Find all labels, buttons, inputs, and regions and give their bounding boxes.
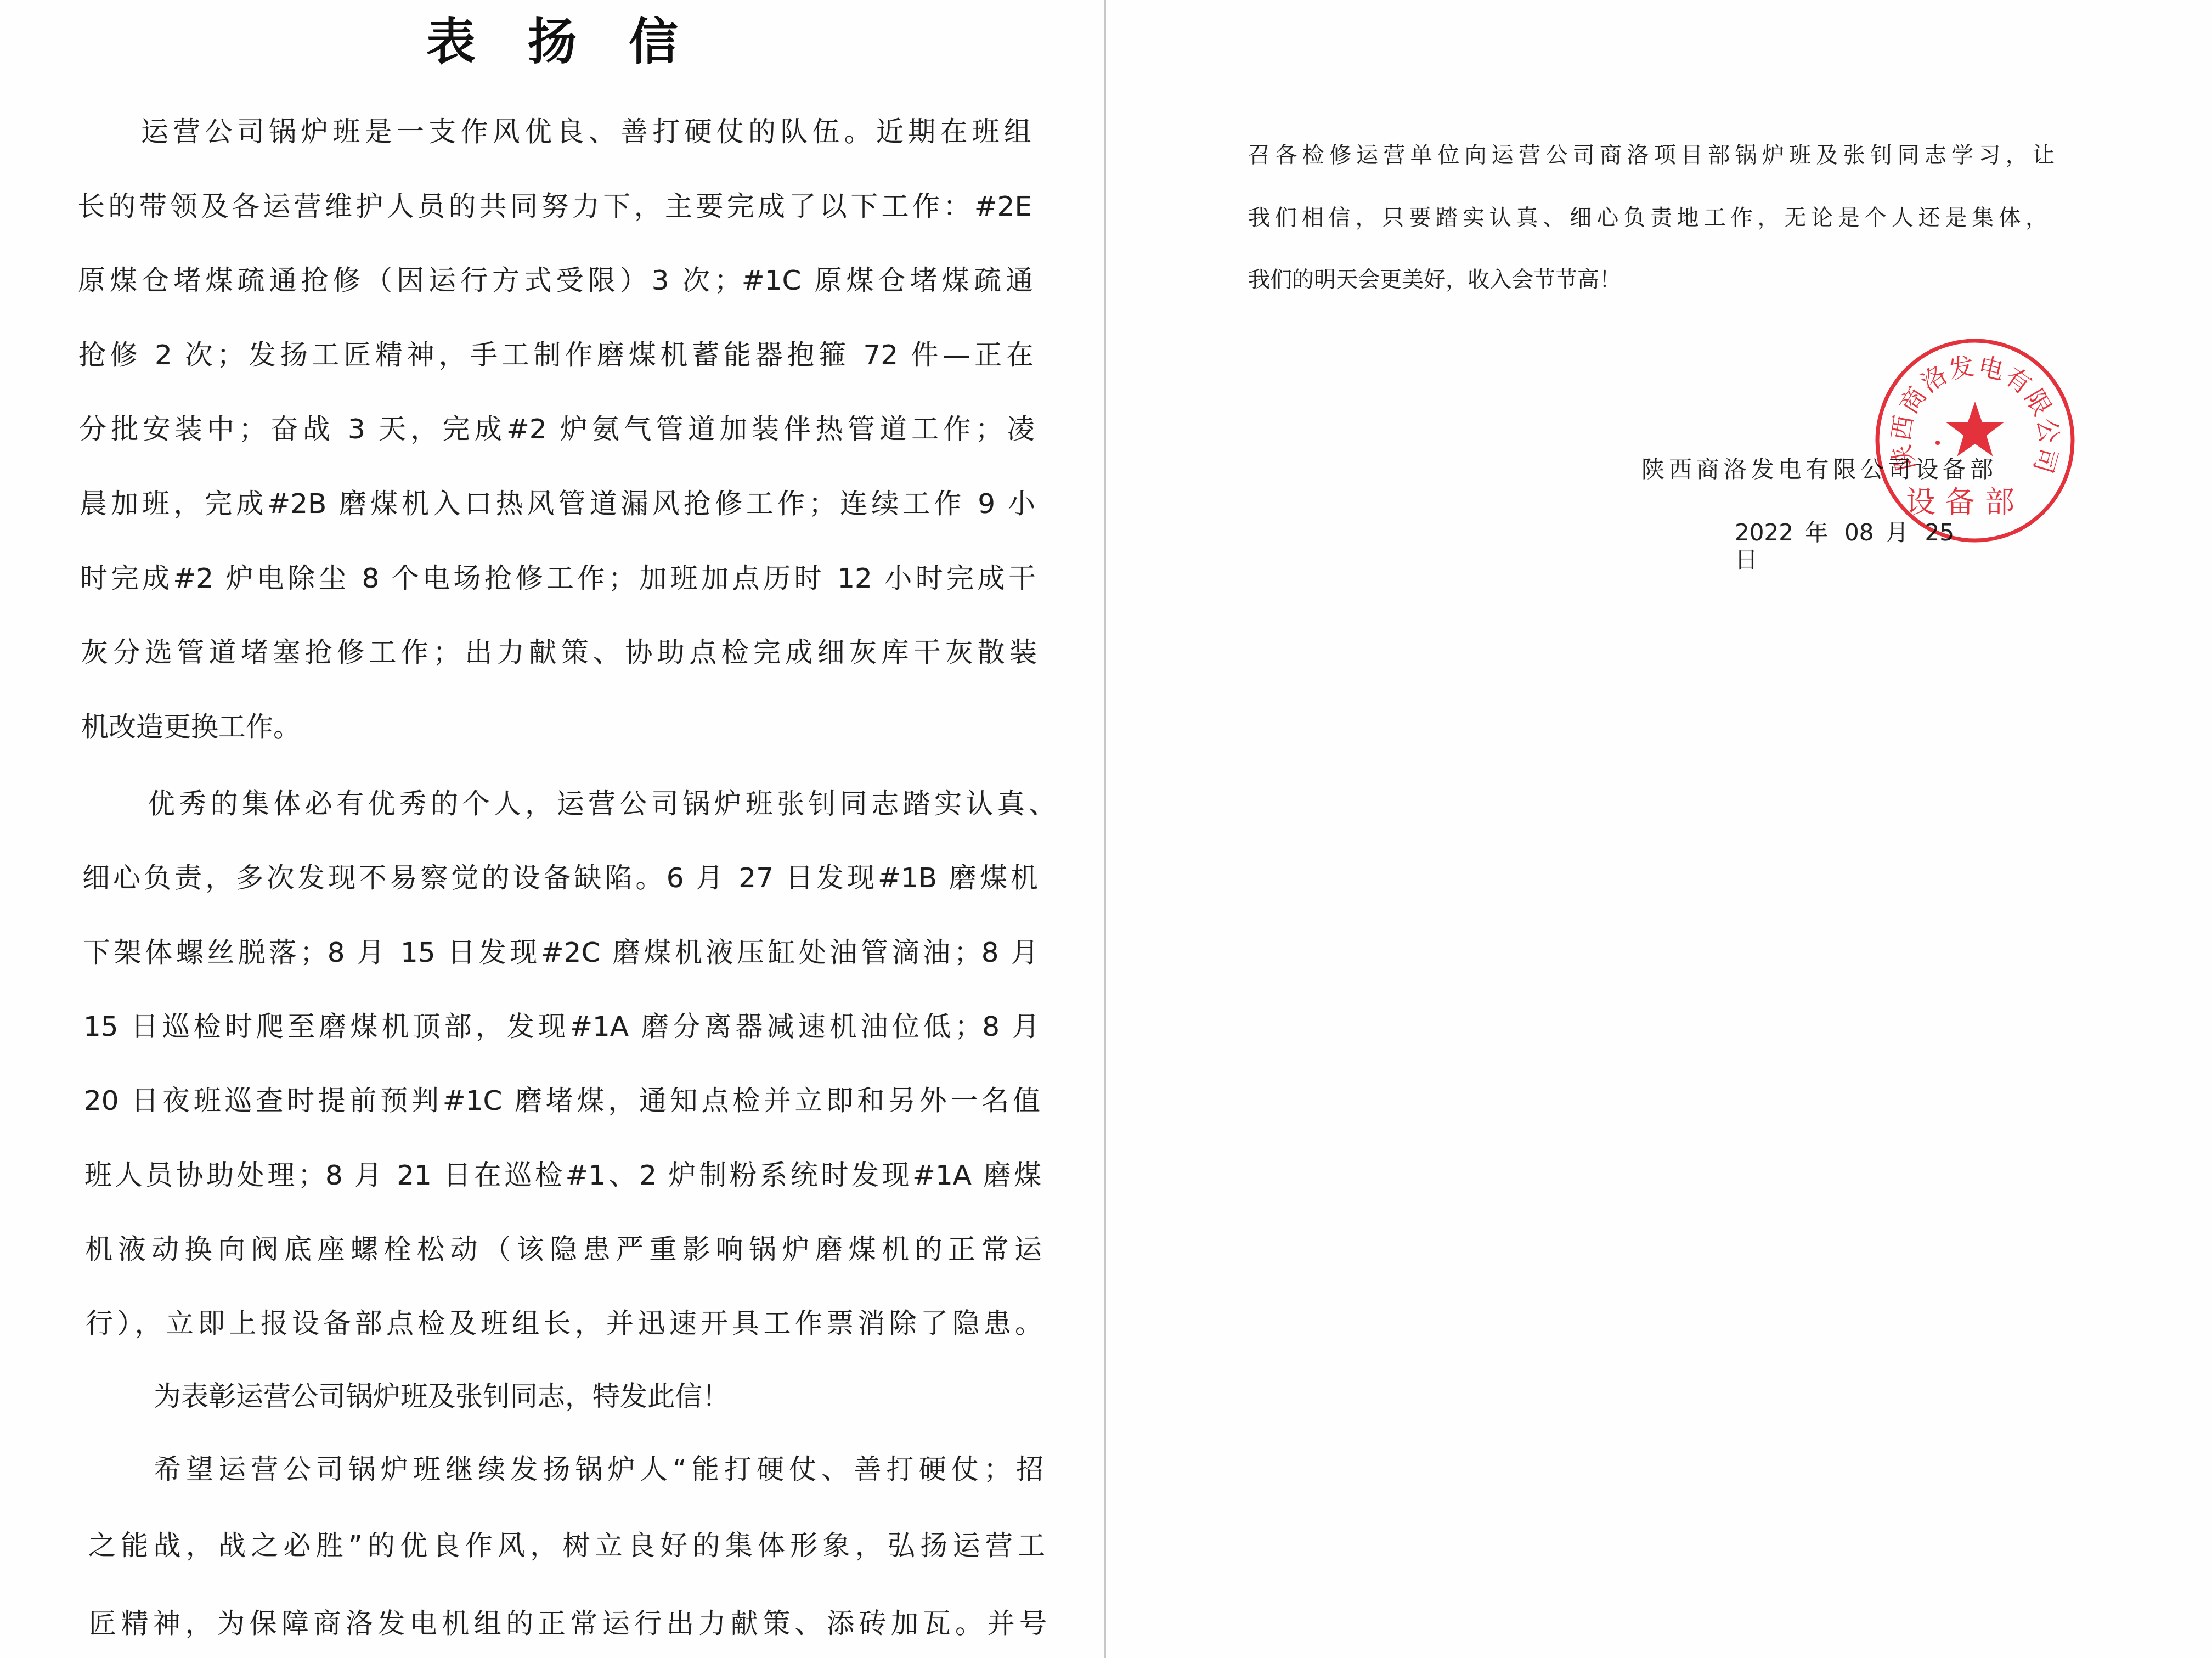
paragraph-line: 15 日巡检时爬至磨煤机顶部，发现#1A 磨分离器减速机油位低；8 月 — [83, 1010, 1040, 1043]
seal-dot — [1936, 441, 1940, 445]
paragraph-line: 原煤仓堵煤疏通抢修（因运行方式受限）3 次；#1C 原煤仓堵煤疏通 — [78, 264, 1033, 297]
paragraph-line: 时完成#2 炉电除尘 8 个电场抢修工作；加班加点历时 12 小时完成干 — [80, 562, 1036, 595]
paragraph-line: 抢修 2 次；发扬工匠精神，手工制作磨煤机蓄能器抱箍 72 件—正在 — [78, 339, 1034, 371]
paragraph-line: 分批安装中；奋战 3 天，完成#2 炉氨气管道加装伴热管道工作；凌 — [79, 413, 1035, 445]
paragraph-line: 匠精神，为保障商洛发电机组的正常运行出力献策、添砖加瓦。并号 — [89, 1607, 1047, 1640]
paragraph-line: 机液动换向阀底座螺栓松动（该隐患严重影响锅炉磨煤机的正常运 — [85, 1233, 1042, 1266]
seal-center-text: 设备部 — [1906, 485, 2024, 520]
paragraph-line: 机改造更换工作。 — [81, 710, 301, 743]
paragraph-line: 班人员协助处理；8 月 21 日在巡检#1、2 炉制粉系统时发现#1A 磨煤 — [84, 1159, 1041, 1192]
paragraph-line: 下架体螺丝脱落；8 月 15 日发现#2C 磨煤机液压缸处油管滴油；8 月 — [83, 936, 1039, 969]
paragraph-line: 灰分选管道堵塞抢修工作；出力献策、协助点检完成细灰库干灰散装 — [81, 636, 1037, 669]
paragraph-line: 长的带领及各运营维护人员的共同努力下，主要完成了以下工作：#2E — [77, 190, 1032, 223]
star-icon — [1946, 402, 2004, 456]
paragraph-line: 我们相信，只要踏实认真、细心负责地工作，无论是个人还是集体， — [1248, 204, 2047, 232]
paragraph-line: 召各检修运营单位向运营公司商洛项目部锅炉班及张钊同志学习，让 — [1248, 142, 2055, 169]
paragraph-line: 行），立即上报设备部点检及班组长，并迅速开具工作票消除了隐患。 — [86, 1307, 1042, 1340]
official-seal: 陕西商洛发电有限公司 设备部 — [1865, 330, 2085, 550]
paragraph-line: 为表彰运营公司锅炉班及张钊同志，特发此信！ — [154, 1380, 730, 1413]
paragraph-line: 运营公司锅炉班是一支作风优良、善打硬仗的队伍。近期在班组 — [141, 115, 1031, 148]
paragraph-line: 希望运营公司锅炉班继续发扬锅炉人“能打硬仗、善打硬仗；招 — [154, 1453, 1043, 1486]
paragraph-line: 20 日夜班巡查时提前预判#1C 磨堵煤，通知点检并立即和另外一名值 — [84, 1084, 1040, 1117]
paragraph-line: 细心负责，多次发现不易察觉的设备缺陷。6 月 27 日发现#1B 磨煤机 — [82, 861, 1038, 894]
paragraph-line: 我们的明天会更美好，收入会节节高！ — [1248, 266, 1621, 294]
paragraph-line: 之能战，战之必胜”的优良作风，树立良好的集体形象，弘扬运营工 — [88, 1529, 1045, 1562]
letter-title: 表 扬 信 — [426, 15, 678, 70]
left-page: 表 扬 信 运营公司锅炉班是一支作风优良、善打硬仗的队伍。近期在班组 长的带领及… — [0, 0, 1104, 1658]
paragraph-line: 优秀的集体必有优秀的个人，运营公司锅炉班张钊同志踏实认真、 — [148, 787, 1056, 820]
right-page: 召各检修运营单位向运营公司商洛项目部锅炉班及张钊同志学习，让 我们相信，只要踏实… — [1106, 0, 2212, 1658]
paragraph-line: 晨加班，完成#2B 磨煤机入口热风管道漏风抢修工作；连续工作 9 小 — [80, 487, 1035, 520]
